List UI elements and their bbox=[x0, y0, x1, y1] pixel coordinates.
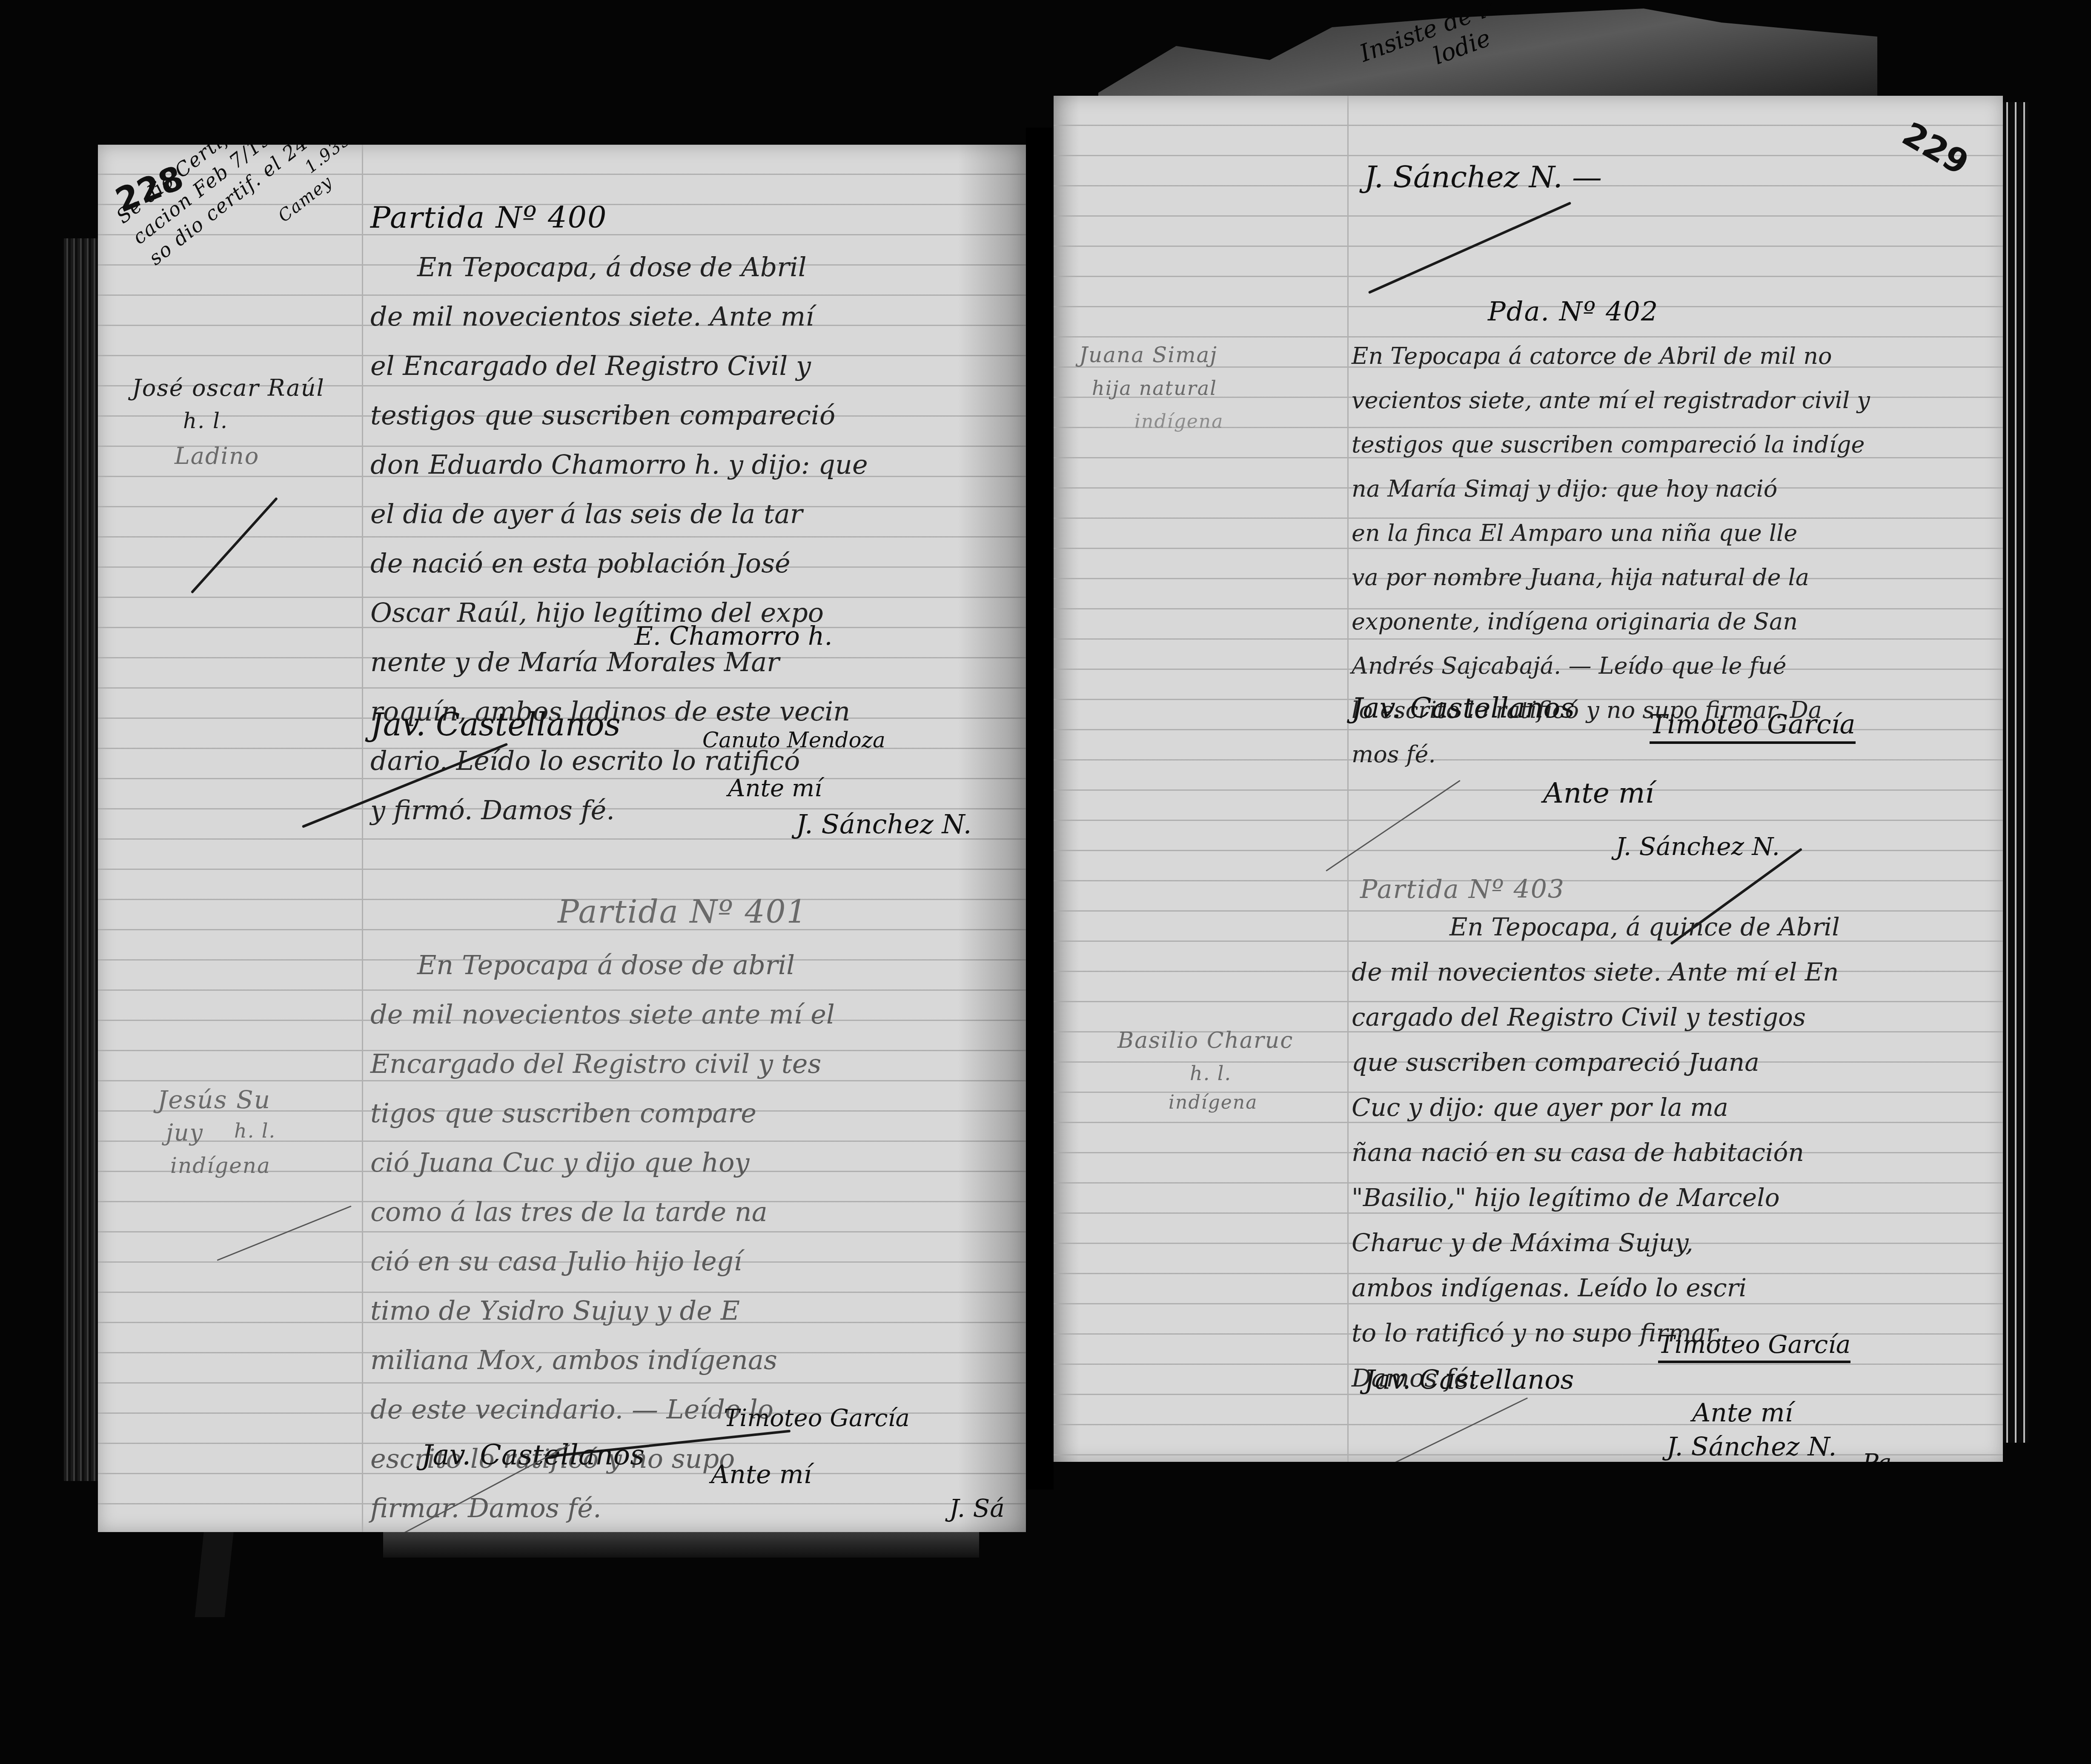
signature-witness: Timoteo García bbox=[1650, 709, 1856, 744]
signature-official: J. Sánchez N. bbox=[796, 809, 972, 840]
body-line: como á las tres de la tarde na bbox=[370, 1187, 835, 1237]
margin-ethnicity: indígena bbox=[170, 1153, 271, 1178]
body-line: En Tepocapa á dose de abril bbox=[370, 941, 835, 990]
signature-castellanos: Jav. Castellanos bbox=[370, 706, 621, 743]
body-line: ambos indígenas. Leído lo escri bbox=[1352, 1265, 1840, 1310]
margin-name: Juana Simaj bbox=[1079, 343, 1217, 367]
body-line: de mil novecientos siete. Ante mí bbox=[370, 292, 868, 341]
body-line: En Tepocapa, á quince de Abril bbox=[1352, 904, 1840, 949]
signature-declarant: E. Chamorro h. bbox=[634, 621, 833, 651]
margin-line bbox=[362, 145, 363, 1532]
signature-official: J. Sánchez N. bbox=[1616, 832, 1780, 861]
margin-name: José oscar Raúl bbox=[132, 375, 325, 401]
body-line: Cuc y dijo: que ayer por la ma bbox=[1352, 1085, 1840, 1130]
body-line: el dia de ayer á las seis de la tar bbox=[370, 489, 868, 539]
bottom-edge bbox=[383, 1532, 979, 1558]
signature-castellanos: Jav. Castellanos bbox=[1364, 1364, 1574, 1395]
ante-mi: Ante mí bbox=[1543, 777, 1654, 809]
body-line: tigos que suscriben compare bbox=[370, 1089, 835, 1138]
ante-mi: Ante mí bbox=[1692, 1398, 1793, 1428]
body-line: firmar. Damos fé. bbox=[370, 1484, 835, 1532]
margin-legitimacy: h. l. bbox=[1190, 1062, 1232, 1085]
margin-name-cont: juy bbox=[166, 1119, 203, 1146]
body-line: exponente, indígena originaria de San bbox=[1352, 600, 1870, 644]
entry-heading: Partida Nº 400 bbox=[370, 200, 607, 235]
body-line: Andrés Sajcabajá. — Leído que le fué bbox=[1352, 644, 1870, 688]
margin-legitimacy: h. l. bbox=[234, 1119, 276, 1142]
body-line: va por nombre Juana, hija natural de la bbox=[1352, 555, 1870, 600]
body-line: de mil novecientos siete ante mí el bbox=[370, 990, 835, 1039]
body-line: timo de Ysidro Sujuy y de E bbox=[370, 1286, 835, 1335]
ante-mi: Ante mí bbox=[728, 775, 822, 802]
body-line: vecientos siete, ante mí el registrador … bbox=[1352, 378, 1870, 423]
body-line: de nació en esta población José bbox=[370, 539, 868, 588]
body-line: ció Juana Cuc y dijo que hoy bbox=[370, 1138, 835, 1187]
scanned-book-spread: Insiste de la ma lodie 228 Se dio Certif… bbox=[0, 0, 2091, 1764]
margin-legitimacy: h. l. bbox=[183, 409, 228, 433]
body-line: ció en su casa Julio hijo legí bbox=[370, 1237, 835, 1286]
body-line: testigos que suscriben compareció bbox=[370, 391, 868, 440]
body-line: testigos que suscriben compareció la ind… bbox=[1352, 423, 1870, 467]
body-line: don Eduardo Chamorro h. y dijo: que bbox=[370, 440, 868, 489]
margin-ethnicity: indígena bbox=[1134, 411, 1223, 432]
body-line: Charuc y de Máxima Sujuy, bbox=[1352, 1220, 1840, 1265]
signature-official: J. Sánchez N. bbox=[1667, 1432, 1836, 1462]
left-page: 228 Se dio Certifi cacion Feb 7/1927. so… bbox=[98, 145, 1026, 1532]
body-line: Encargado del Registro civil y tes bbox=[370, 1039, 835, 1089]
body-line: ñana nació en su casa de habitación bbox=[1352, 1130, 1840, 1175]
margin-legitimacy: hija natural bbox=[1092, 377, 1217, 400]
carryover-signature: J. Sánchez N. — bbox=[1364, 160, 1602, 194]
margin-name: Basilio Charuc bbox=[1117, 1028, 1293, 1053]
book-gutter bbox=[1026, 128, 1054, 1490]
body-line: na María Simaj y dijo: que hoy nació bbox=[1352, 467, 1870, 511]
signature-witness: Timoteo García bbox=[724, 1404, 910, 1432]
margin-name: Jesús Su bbox=[158, 1085, 271, 1114]
margin-ethnicity: indígena bbox=[1169, 1092, 1257, 1113]
margin-line bbox=[1347, 96, 1349, 1462]
signature-witness: Timoteo García bbox=[1658, 1330, 1850, 1363]
signature-castellanos: Jav. Castellanos bbox=[421, 1438, 644, 1471]
body-line: "Basilio," hijo legítimo de Marcelo bbox=[1352, 1175, 1840, 1220]
signature-castellanos: Jav. Castellanos bbox=[1352, 692, 1575, 724]
body-line: que suscriben compareció Juana bbox=[1352, 1040, 1840, 1085]
body-line: cargado del Registro Civil y testigos bbox=[1352, 995, 1840, 1040]
signature-official-partial: J. Sá bbox=[949, 1494, 1005, 1523]
entry-heading: Partida Nº 403 bbox=[1360, 875, 1565, 904]
right-page-edge bbox=[2003, 102, 2028, 1443]
right-page: 229 J. Sánchez N. — Pda. Nº 402 Juana Si… bbox=[1054, 96, 2003, 1462]
body-line: miliana Mox, ambos indígenas bbox=[370, 1335, 835, 1385]
margin-ethnicity: Ladino bbox=[175, 443, 259, 469]
signature-witness: Canuto Mendoza bbox=[702, 728, 885, 752]
body-line: el Encargado del Registro Civil y bbox=[370, 341, 868, 391]
entry-body: En Tepocapa, á quince de Abril de mil no… bbox=[1352, 904, 1840, 1401]
entry-heading: Partida Nº 401 bbox=[558, 894, 808, 930]
trailing-mark: Pa bbox=[1862, 1449, 1892, 1462]
entry-heading: Pda. Nº 402 bbox=[1488, 296, 1658, 327]
body-line: En Tepocapa, á dose de Abril bbox=[370, 243, 868, 292]
body-line: en la finca El Amparo una niña que lle bbox=[1352, 511, 1870, 555]
ante-mi: Ante mí bbox=[711, 1460, 812, 1490]
body-line: de mil novecientos siete. Ante mí el En bbox=[1352, 949, 1840, 995]
body-line: En Tepocapa á catorce de Abril de mil no bbox=[1352, 334, 1870, 378]
